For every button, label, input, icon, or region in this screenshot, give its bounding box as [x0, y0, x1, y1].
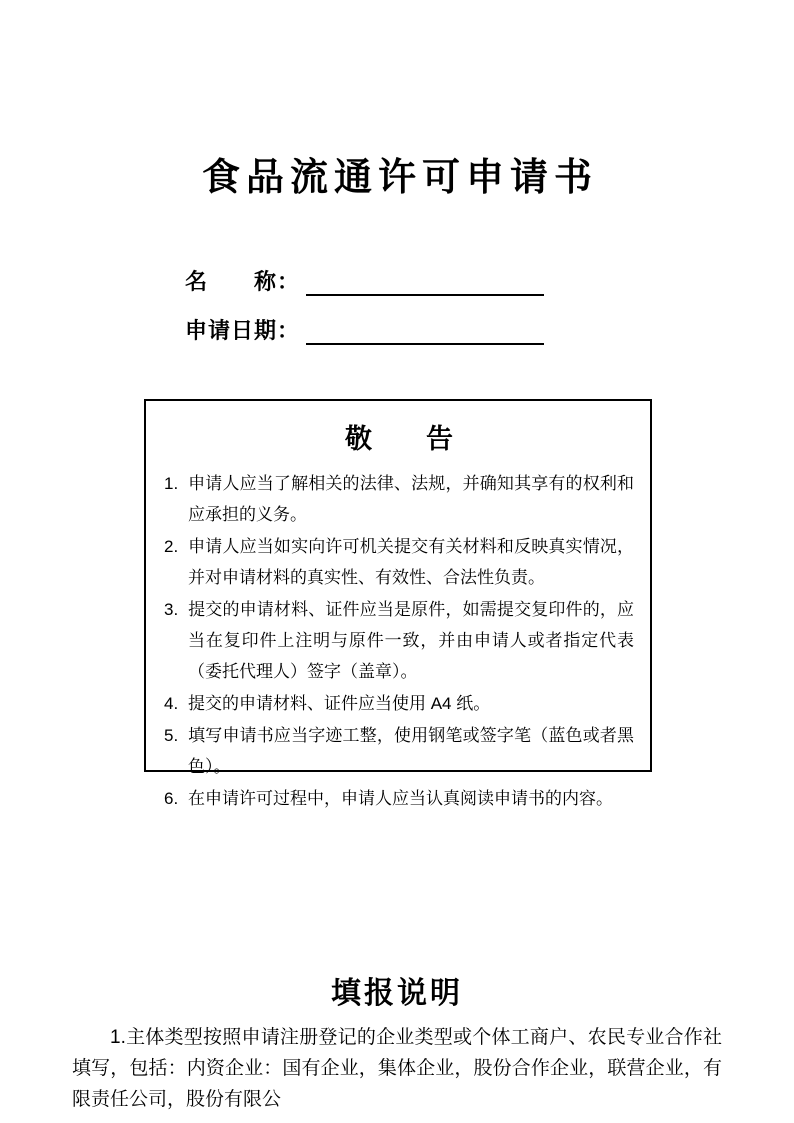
notice-item-number: 2. [164, 531, 188, 562]
date-field-label: 申请日期： [185, 314, 300, 345]
notice-item-text: 提交的申请材料、证件应当使用 A4 纸。 [188, 694, 490, 713]
name-field-input-line[interactable] [306, 266, 544, 296]
notice-item-text: 申请人应当了解相关的法律、法规，并确知其享有的权利和应承担的义务。 [188, 474, 634, 524]
header-fields: 名 称： 申请日期： [185, 262, 544, 360]
notice-item-text: 填写申请书应当字迹工整，使用钢笔或签字笔（蓝色或者黑色）。 [188, 726, 634, 776]
notice-item: 3.提交的申请材料、证件应当是原件，如需提交复印件的，应当在复印件上注明与原件一… [164, 594, 634, 687]
notice-item-number: 3. [164, 594, 188, 625]
document-page: 食品流通许可申请书 名 称： 申请日期： 敬 告 1.申请人应当了解相关的法律、… [0, 0, 794, 1123]
notice-item-number: 5. [164, 720, 188, 751]
notice-item-text: 在申请许可过程中，申请人应当认真阅读申请书的内容。 [188, 789, 613, 808]
notice-box: 敬 告 1.申请人应当了解相关的法律、法规，并确知其享有的权利和应承担的义务。 … [144, 399, 652, 772]
notice-item: 2.申请人应当如实向许可机关提交有关材料和反映真实情况，并对申请材料的真实性、有… [164, 531, 634, 593]
name-field-row: 名 称： [185, 262, 544, 296]
notice-item: 5.填写申请书应当字迹工整，使用钢笔或签字笔（蓝色或者黑色）。 [164, 720, 634, 782]
notice-item-text: 提交的申请材料、证件应当是原件，如需提交复印件的，应当在复印件上注明与原件一致，… [188, 600, 634, 681]
notice-heading: 敬 告 [164, 417, 634, 456]
notice-item: 4.提交的申请材料、证件应当使用 A4 纸。 [164, 688, 634, 719]
notice-item-text: 申请人应当如实向许可机关提交有关材料和反映真实情况，并对申请材料的真实性、有效性… [188, 537, 634, 587]
notice-item-number: 1. [164, 468, 188, 499]
notice-item-number: 6. [164, 783, 188, 814]
instructions-paragraph: 1.主体类型按照申请注册登记的企业类型或个体工商户、农民专业合作社填写，包括：内… [72, 1022, 722, 1115]
name-field-label: 名 称： [185, 265, 300, 296]
instructions-title: 填报说明 [0, 968, 794, 1012]
notice-item-number: 4. [164, 688, 188, 719]
document-title: 食品流通许可申请书 [0, 146, 794, 201]
notice-item: 1.申请人应当了解相关的法律、法规，并确知其享有的权利和应承担的义务。 [164, 468, 634, 530]
date-field-input-line[interactable] [306, 315, 544, 345]
date-field-row: 申请日期： [185, 311, 544, 345]
notice-item: 6.在申请许可过程中，申请人应当认真阅读申请书的内容。 [164, 783, 634, 814]
